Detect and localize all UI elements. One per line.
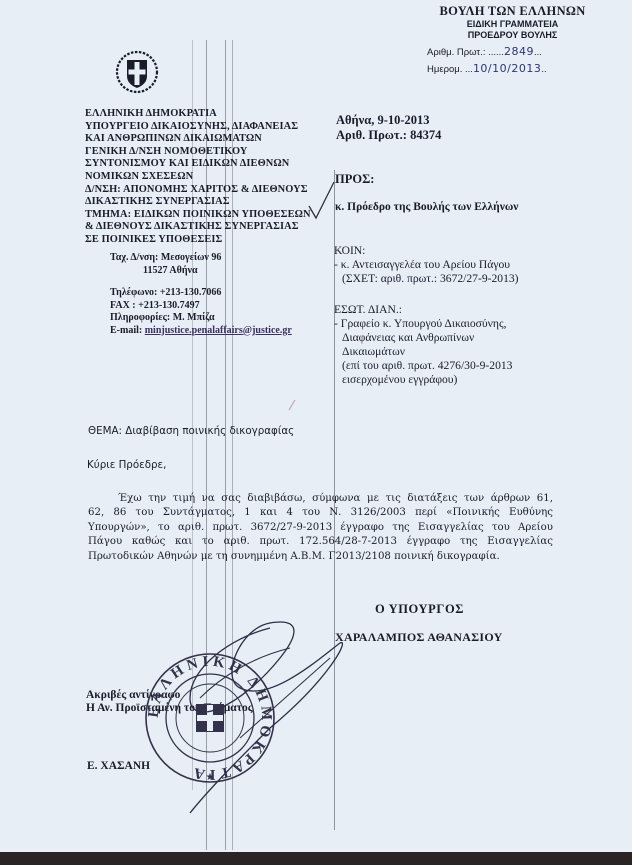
sender-line: ΕΛΛΗΝΙΚΗ ΔΗΜΟΚΡΑΤΙΑ [85, 108, 311, 121]
stamp-date-value: 10/10/2013 [473, 62, 541, 75]
sender-header: ΕΛΛΗΝΙΚΗ ΔΗΜΟΚΡΑΤΙΑ ΥΠΟΥΡΓΕΙΟ ΔΙΚΑΙΟΣΥΝΗ… [85, 108, 311, 247]
greek-coat-of-arms-icon [115, 50, 159, 94]
body-line: Υπουργών», το αριθ. πρωτ. 3672/27-9-2013… [88, 521, 553, 535]
internal-line: εισερχομένου εγγράφου) [334, 373, 512, 387]
recipient-label: ΠΡΟΣ: [335, 172, 374, 187]
signature [150, 618, 360, 818]
subject: ΘΕΜΑ: Διαβίβαση ποινικής δικογραφίας [88, 425, 294, 437]
sender-line: ΓΕΝΙΚΗ Δ/ΝΣΗ ΝΟΜΟΘΕΤΙΚΟΥ [85, 146, 311, 159]
cc-line: - κ. Αντεισαγγελέα του Αρείου Πάγου [334, 258, 519, 272]
sender-line: ΝΟΜΙΚΩΝ ΣΧΕΣΕΩΝ [85, 171, 311, 184]
internal-line: - Γραφείο κ. Υπουργού Δικαιοσύνης, [334, 317, 512, 331]
sender-line: Δ/ΝΣΗ: ΑΠΟΝΟΜΗΣ ΧΑΡΙΤΟΣ & ΔΙΕΘΝΟΥΣ [85, 184, 311, 197]
scanned-page: ΒΟΥΛΗ ΤΩΝ ΕΛΛΗΝΩΝ ΕΙΔΙΚΗ ΓΡΑΜΜΑΤΕΙΑ ΠΡΟΕ… [0, 0, 632, 850]
stamp-department-1: ΕΙΔΙΚΗ ΓΡΑΜΜΑΤΕΙΑ [425, 19, 600, 30]
received-stamp: ΒΟΥΛΗ ΤΩΝ ΕΛΛΗΝΩΝ ΕΙΔΙΚΗ ΓΡΑΜΜΑΤΕΙΑ ΠΡΟΕ… [425, 4, 600, 75]
body-line: Έχω την τιμή να σας διαβιβάσω, σύμφωνα μ… [88, 492, 553, 506]
body-line: Πάγου καθώς και το αριθ. πρωτ. 172.564/2… [88, 535, 553, 549]
sender-contact: Ταχ. Δ/νση: Μεσογείων 96 11527 Αθήνα Τηλ… [110, 252, 292, 337]
internal-line: Δικαιωμάτων [334, 345, 512, 359]
place-date: Αθήνα, 9-10-2013 [336, 113, 441, 128]
stamp-protocol-row: Αριθμ. Πρωτ.: ......2849... [425, 45, 600, 58]
body-line: Πρωτοδικών Αθηνών με τη συνημμένη Α.Β.Μ.… [88, 550, 553, 564]
internal-distribution-label: ΕΣΩΤ. ΔΙΑΝ.: [334, 303, 512, 317]
salutation: Κύριε Πρόεδρε, [87, 459, 166, 471]
stamp-institution: ΒΟΥΛΗ ΤΩΝ ΕΛΛΗΝΩΝ [425, 4, 600, 19]
letter-body: Έχω την τιμή να σας διαβιβάσω, σύμφωνα μ… [88, 492, 553, 564]
scan-bottom-edge [0, 852, 632, 865]
internal-line: Διαφάνειας και Ανθρωπίνων [334, 331, 512, 345]
signatory-name: ΧΑΡΑΛΑΜΠΟΣ ΑΘΑΝΑΣΙΟΥ [335, 630, 503, 645]
sender-line: & ΔΙΕΘΝΟΥΣ ΔΙΚΑΣΤΙΚΗΣ ΣΥΝΕΡΓΑΣΙΑΣ [85, 221, 311, 234]
address-line-2: 11527 Αθήνα [110, 265, 292, 278]
fax: FAX : +213-130.7497 [110, 300, 292, 313]
sender-line: ΔΙΚΑΣΤΙΚΗΣ ΣΥΝΕΡΓΑΣΙΑΣ [85, 196, 311, 209]
sender-line: ΤΜΗΜΑ: ΕΙΔΙΚΩΝ ΠΟΙΝΙΚΩΝ ΥΠΟΘΕΣΕΩΝ [85, 209, 311, 222]
stamp-date-row: Ημερομ. ...10/10/2013.. [425, 62, 600, 75]
cc-block: ΚΟΙΝ: - κ. Αντεισαγγελέα του Αρείου Πάγο… [334, 244, 519, 286]
internal-distribution-block: ΕΣΩΤ. ΔΙΑΝ.: - Γραφείο κ. Υπουργού Δικαι… [334, 303, 512, 387]
sender-line: ΣΕ ΠΟΙΝΙΚΕΣ ΥΠΟΘΕΣΕΙΣ [85, 234, 311, 247]
protocol-number: Αριθ. Πρωτ.: 84374 [336, 128, 441, 143]
email-label: E-mail: [110, 325, 142, 336]
sender-line: ΣΥΝΤΟΝΙΣΜΟΥ ΚΑΙ ΕΙΔΙΚΩΝ ΔΙΕΘΝΩΝ [85, 158, 311, 171]
checkmark-icon [306, 180, 336, 220]
address-line-1: Ταχ. Δ/νση: Μεσογείων 96 [110, 252, 292, 265]
sender-line: ΥΠΟΥΡΓΕΙΟ ΔΙΚΑΙΟΣΥΝΗΣ, ΔΙΑΦΑΝΕΙΑΣ [85, 121, 311, 134]
stamp-department-2: ΠΡΟΕΔΡΟΥ ΒΟΥΛΗΣ [425, 30, 600, 41]
cc-label: ΚΟΙΝ: [334, 244, 519, 258]
signatory-title: Ο ΥΠΟΥΡΓΟΣ [375, 602, 464, 617]
cc-line: (ΣΧΕΤ: αριθ. πρωτ.: 3672/27-9-2013) [334, 272, 519, 286]
recipient-name: κ. Πρόεδρο της Βουλής των Ελλήνων [335, 201, 518, 213]
internal-line: (επί του αριθ. πρωτ. 4276/30-9-2013 [334, 359, 512, 373]
ink-mark [287, 398, 299, 412]
info-contact: Πληροφορίες: Μ. Μπίζα [110, 312, 292, 325]
stamp-protocol-value: 2849 [504, 45, 534, 58]
phone: Τηλέφωνο: +213-130.7066 [110, 287, 292, 300]
body-line: 62, 86 του Συντάγματος, 1 και 4 του Ν. 3… [88, 506, 553, 520]
stamp-date-label: Ημερομ. [427, 64, 462, 75]
email-link[interactable]: minjustice.penalaffairs@justice.gr [145, 325, 292, 336]
sender-line: ΚΑΙ ΑΝΘΡΩΠΙΝΩΝ ΔΙΚΑΙΩΜΑΤΩΝ [85, 133, 311, 146]
email-row: E-mail: minjustice.penalaffairs@justice.… [110, 325, 292, 338]
stamp-protocol-label: Αριθμ. Πρωτ.: [427, 47, 485, 58]
reference-block: Αθήνα, 9-10-2013 Αριθ. Πρωτ.: 84374 [336, 113, 441, 143]
